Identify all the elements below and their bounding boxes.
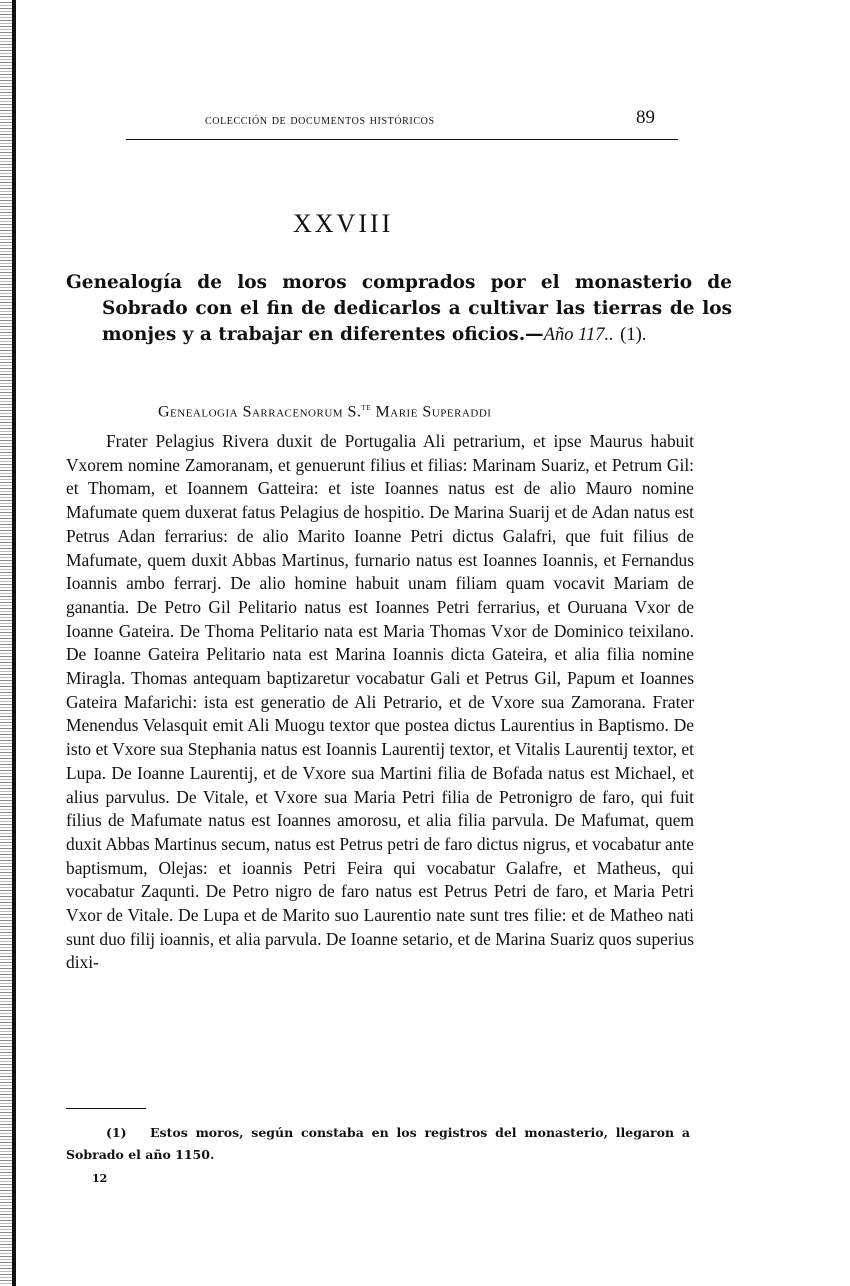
footnote: (1) Estos moros, según constaba en los r… <box>66 1122 690 1166</box>
footnote-text: Estos moros, según constaba en los regis… <box>66 1125 690 1162</box>
body-text: Frater Pelagius Rivera duxit de Portugal… <box>66 430 694 975</box>
running-head-title: COLECCIÓN DE DOCUMENTOS HISTÓRICOS <box>205 113 435 129</box>
section-heading-part1: Genealogia Sarracenorum S. <box>158 403 361 420</box>
footnote-rule <box>66 1108 146 1109</box>
header-rule <box>126 139 678 140</box>
title-dash: — <box>525 324 544 345</box>
page-number: 89 <box>636 107 655 129</box>
footnote-reference: (1). <box>620 325 646 345</box>
scan-binding-edge <box>0 0 16 1286</box>
section-heading: Genealogia Sarracenorum S.te Marie Super… <box>158 402 491 421</box>
printer-signature-mark: 12 <box>92 1172 107 1185</box>
footnote-marker: (1) <box>106 1125 127 1140</box>
section-heading-part2: Marie Superaddi <box>371 403 491 420</box>
chapter-numeral: XXVIII <box>293 209 393 239</box>
document-title: Genealogía de los moros comprados por el… <box>66 270 732 348</box>
section-heading-sup: te <box>361 402 371 413</box>
body-paragraph: Frater Pelagius Rivera duxit de Portugal… <box>66 430 694 975</box>
document-date: Año 117.. <box>544 325 614 345</box>
